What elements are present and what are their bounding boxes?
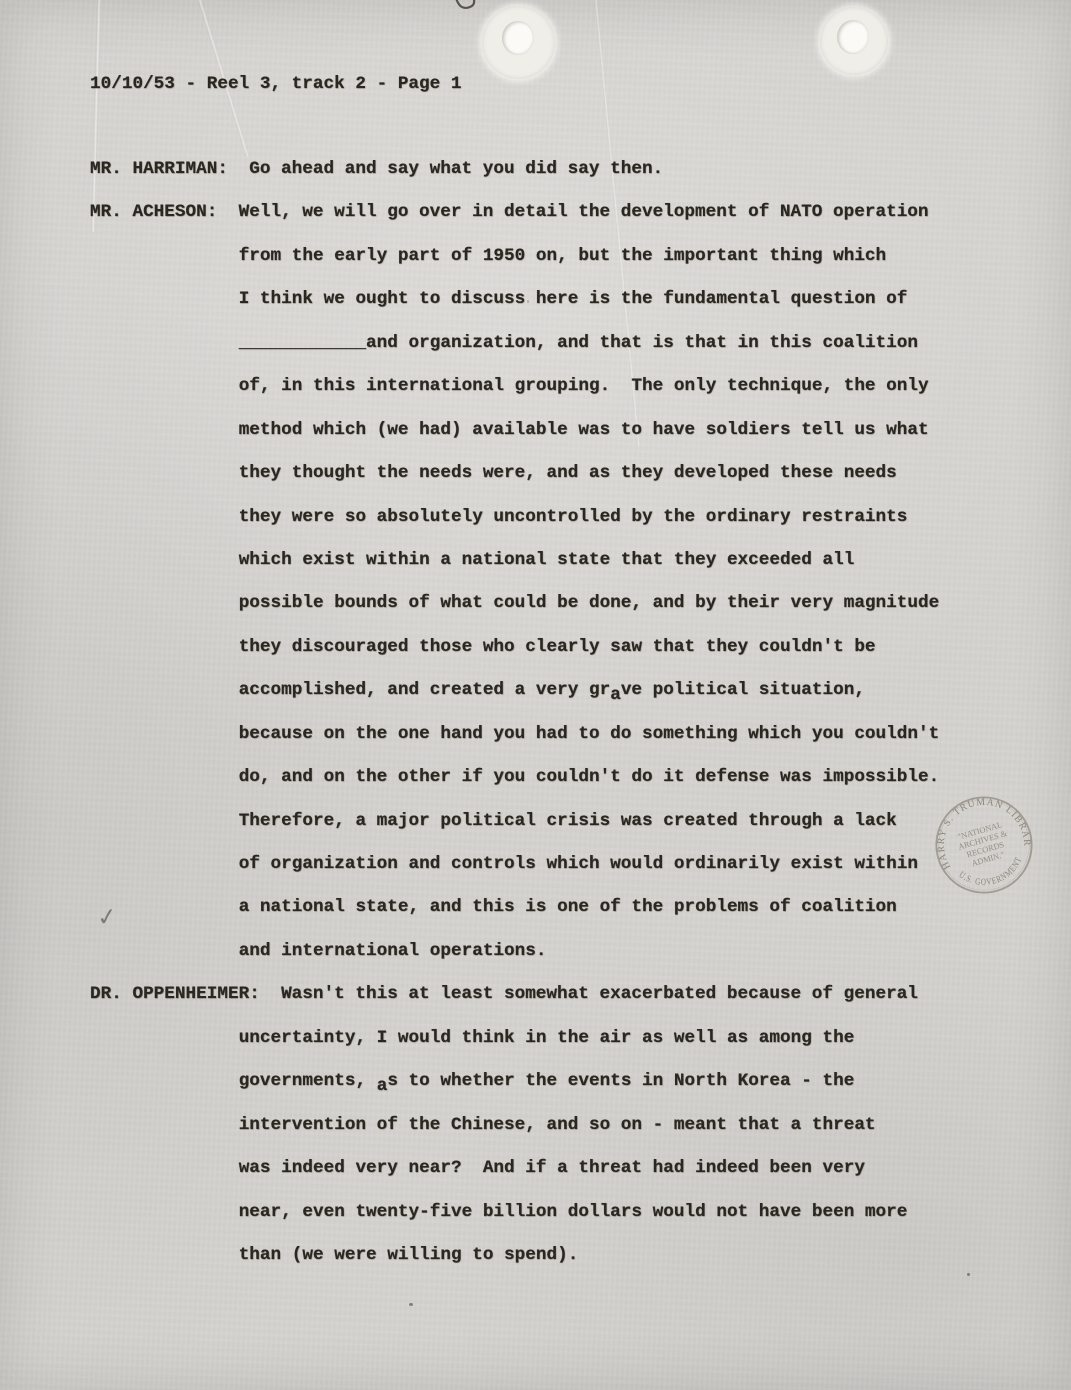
line-text: possible bounds of what could be done, a… (239, 593, 940, 613)
transcript-line: governments, as to whether the events in… (90, 1060, 1030, 1103)
line-text: governments, (239, 1071, 377, 1091)
transcript-line: and international operations. (90, 930, 1030, 973)
punch-hole-right-bore (837, 20, 869, 54)
ink-speck (527, 300, 529, 303)
line-text: of, in this international grouping. The … (239, 376, 929, 396)
line-text: uncertainty, I would think in the air as… (239, 1028, 855, 1048)
transcript-line: they discouraged those who clearly saw t… (90, 626, 1030, 669)
speaker-label: DR. OPPENHEIMER: (90, 984, 281, 1004)
line-text: ____________and organization, and that i… (239, 333, 918, 353)
line-text: because on the one hand you had to do so… (239, 724, 940, 744)
line-text: method which (we had) available was to h… (239, 420, 929, 440)
line-text: which exist within a national state that… (239, 550, 855, 570)
transcript-line: do, and on the other if you couldn't do … (90, 756, 1030, 799)
line-text: ve political situation, (621, 680, 865, 700)
stamp-center-text: "NATIONAL ARCHIVES & RECORDS ADMIN." (954, 820, 1014, 871)
line-text: a national state, and this is one of the… (239, 897, 897, 917)
transcript-line: method which (we had) available was to h… (90, 409, 1030, 452)
line-text: I think we ought to discuss here is the … (239, 289, 908, 309)
transcript-line: ____________and organization, and that i… (90, 322, 1030, 365)
speaker-label: MR. ACHESON: (90, 202, 239, 222)
line-text: Go ahead and say what you did say then. (249, 159, 663, 179)
margin-check-mark: ✓ (95, 902, 119, 933)
dropped-letter: a (377, 1076, 388, 1096)
line-text: Wasn't this at least somewhat exacerbate… (281, 984, 918, 1004)
page-header: 10/10/53 - Reel 3, track 2 - Page 1 (90, 74, 462, 94)
dropped-letter: a (610, 685, 621, 705)
line-text: Well, we will go over in detail the deve… (239, 202, 929, 222)
transcript-line: than (we were willing to spend). (90, 1234, 1030, 1277)
transcript-line: DR. OPPENHEIMER: Wasn't this at least so… (90, 973, 1030, 1016)
line-text: intervention of the Chinese, and so on -… (239, 1115, 876, 1135)
ink-speck (409, 1303, 413, 1306)
line-text: they discouraged those who clearly saw t… (239, 637, 876, 657)
line-text: Therefore, a major political crisis was … (239, 811, 897, 831)
transcript-line: uncertainty, I would think in the air as… (90, 1017, 1030, 1060)
punch-hole-right (820, 7, 888, 75)
transcript-line: they thought the needs were, and as they… (90, 452, 1030, 495)
scanned-transcript-page: 10/10/53 - Reel 3, track 2 - Page 1 MR. … (0, 0, 1071, 1390)
transcript-line: accomplished, and created a very grave p… (90, 669, 1030, 712)
line-text: near, even twenty-five billion dollars w… (239, 1202, 908, 1222)
transcript-body: MR. HARRIMAN: Go ahead and say what you … (90, 148, 1030, 1277)
line-text: than (we were willing to spend). (239, 1245, 579, 1265)
pen-mark (448, 0, 488, 20)
line-text: do, and on the other if you couldn't do … (239, 767, 940, 787)
punch-hole-left (482, 6, 555, 79)
transcript-line: intervention of the Chinese, and so on -… (90, 1104, 1030, 1147)
transcript-line: of, in this international grouping. The … (90, 365, 1030, 408)
transcript-line: MR. HARRIMAN: Go ahead and say what you … (90, 148, 1030, 191)
line-text: and international operations. (239, 941, 547, 961)
transcript-line: which exist within a national state that… (90, 539, 1030, 582)
speaker-label: MR. HARRIMAN: (90, 159, 249, 179)
transcript-line: because on the one hand you had to do so… (90, 713, 1030, 756)
line-text: of organization and controls which would… (239, 854, 918, 874)
line-text: from the early part of 1950 on, but the … (239, 246, 886, 266)
transcript-line: near, even twenty-five billion dollars w… (90, 1191, 1030, 1234)
transcript-line: a national state, and this is one of the… (90, 886, 1030, 929)
ink-speck (967, 1273, 970, 1276)
transcript-line: of organization and controls which would… (90, 843, 1030, 886)
transcript-line: Therefore, a major political crisis was … (90, 800, 1030, 843)
line-text: accomplished, and created a very gr (239, 680, 611, 700)
transcript-line: was indeed very near? And if a threat ha… (90, 1147, 1030, 1190)
punch-hole-left-bore (502, 21, 534, 55)
line-text: they were so absolutely uncontrolled by … (239, 507, 908, 527)
line-text: they thought the needs were, and as they… (239, 463, 897, 483)
line-text: was indeed very near? And if a threat ha… (239, 1158, 865, 1178)
transcript-line: MR. ACHESON: Well, we will go over in de… (90, 191, 1030, 234)
transcript-line: from the early part of 1950 on, but the … (90, 235, 1030, 278)
transcript-line: they were so absolutely uncontrolled by … (90, 496, 1030, 539)
line-text: s to whether the events in North Korea -… (387, 1071, 854, 1091)
transcript-line: I think we ought to discuss here is the … (90, 278, 1030, 321)
archive-stamp: HARRY S. TRUMAN LIBRARY U.S. GOVERNMENT … (928, 789, 1040, 901)
transcript-line: possible bounds of what could be done, a… (90, 582, 1030, 625)
